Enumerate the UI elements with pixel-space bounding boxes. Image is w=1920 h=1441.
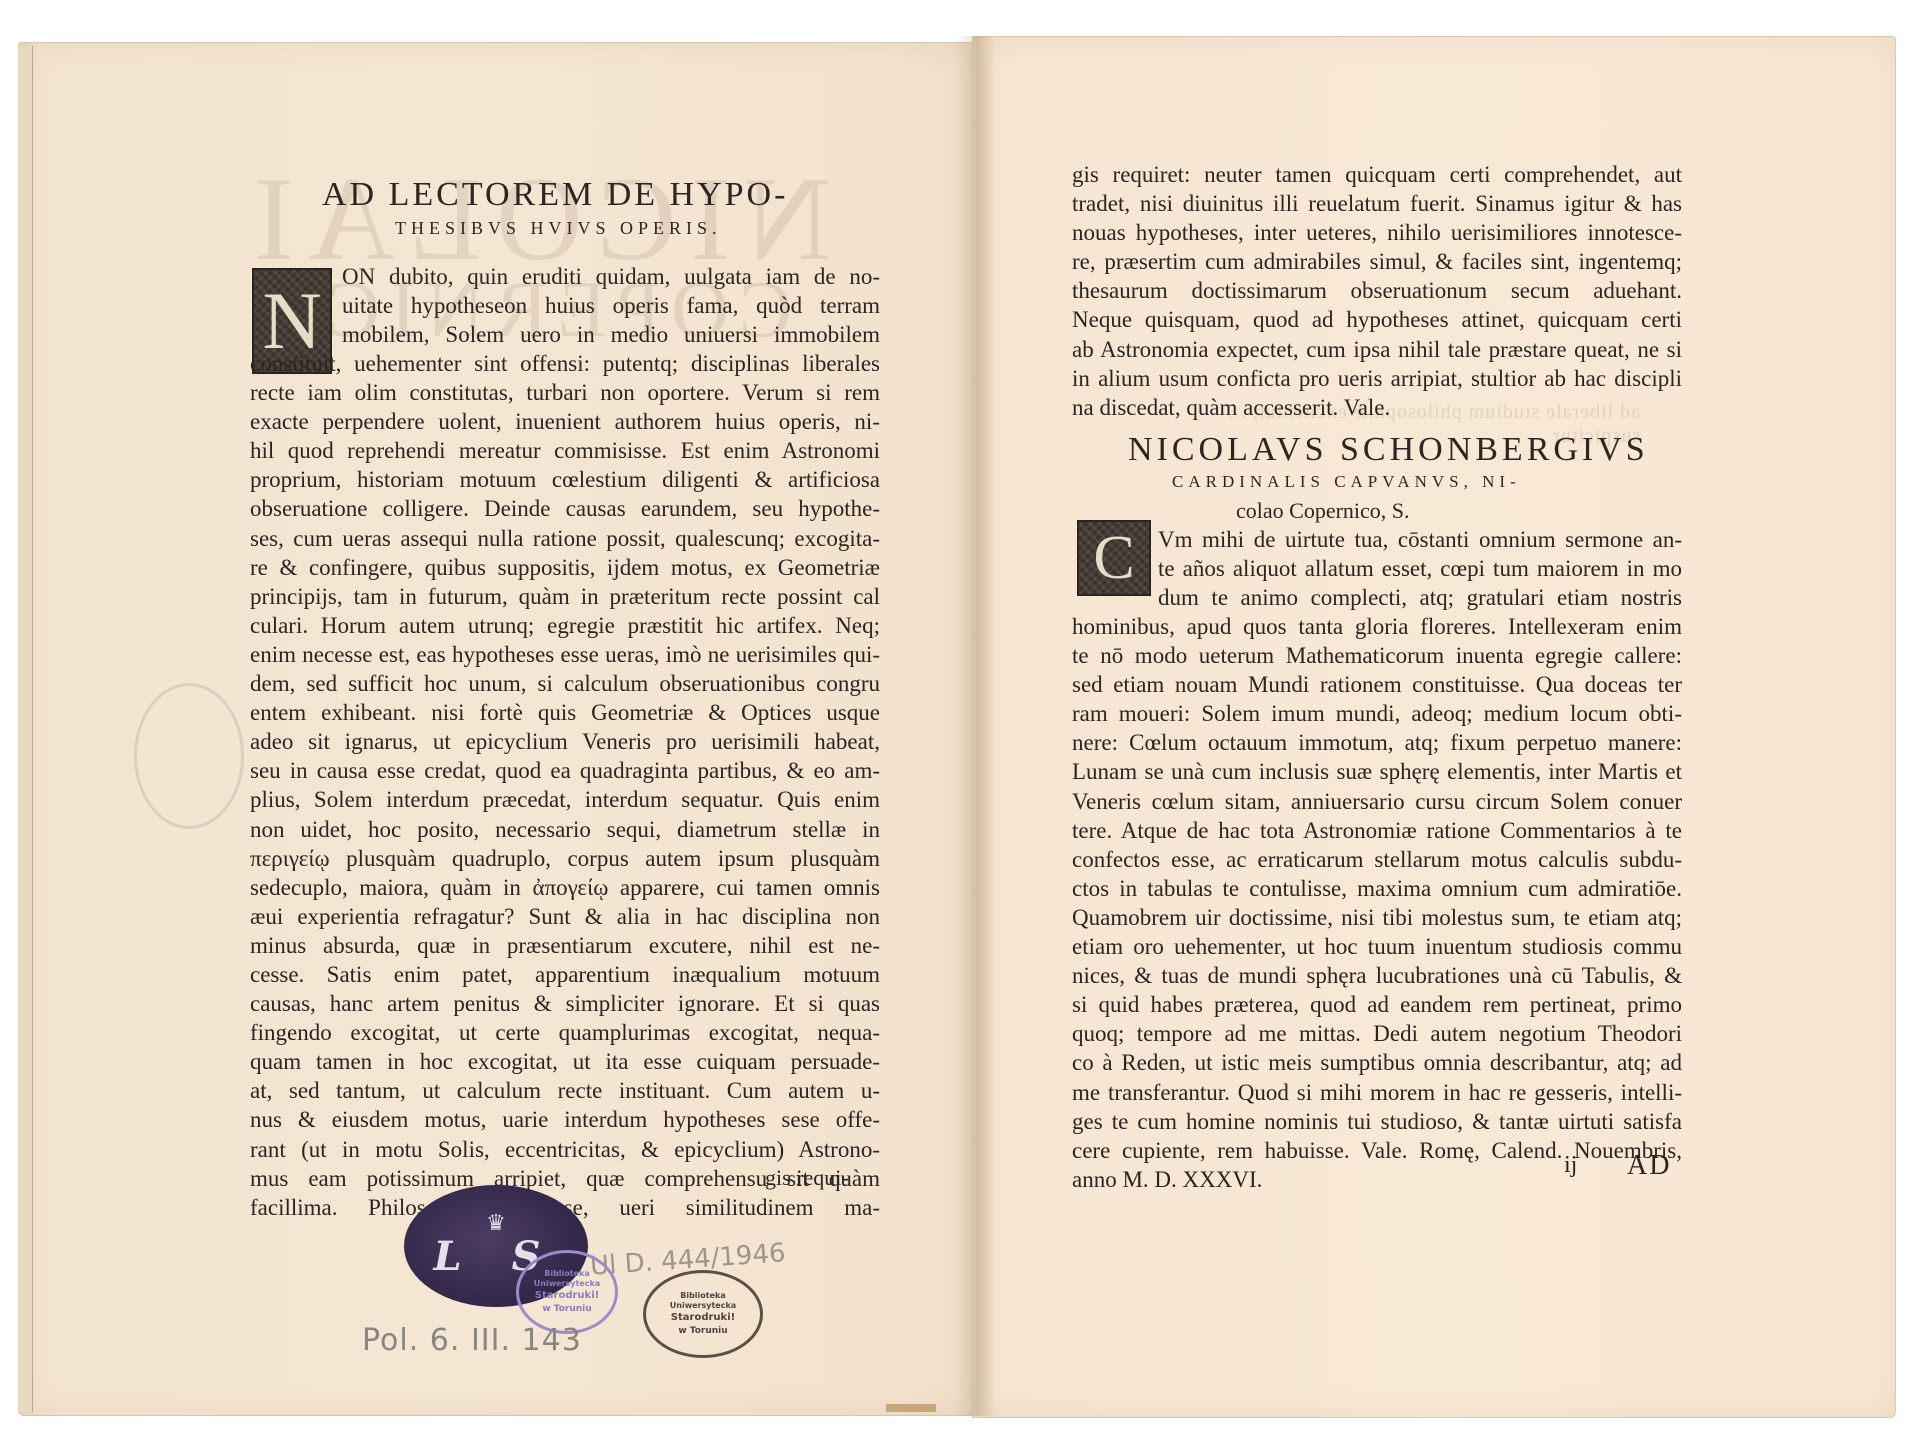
right-continuation-text: gis requiret: neuter tamen quicquam cert… [1072, 160, 1682, 422]
text-line: thesaurum doctissimarum obseruationum se… [1072, 276, 1682, 305]
text-line: Lunam se unà cum inclusis suæ sphęrę ele… [1072, 757, 1682, 786]
text-line: sedecuplo, maiora, quàm in ἀπογείῳ appar… [250, 873, 880, 902]
text-line: te años aliquot allatum esset, cœpi tum … [1158, 554, 1682, 583]
text-line: confectos esse, ac erraticarum stellarum… [1072, 845, 1682, 874]
right-heading-line2: CARDINALIS CAPVANVS, NI- [1172, 472, 1521, 492]
stamp-middle-text: Starodruki! [671, 1311, 735, 1325]
stamp-arc-text: Biblioteka Uniwersytecka [646, 1291, 760, 1311]
text-line: minus absurda, quæ in præsentiarum excut… [250, 931, 880, 960]
right-heading-line1: NICOLAVS SCHONBERGIVS [1128, 431, 1649, 469]
text-line: tradet, nisi diuinitus illi reuelatum fu… [1072, 189, 1682, 218]
text-line: mobilem, Solem uero in medio uniuersi im… [342, 320, 880, 349]
text-line: re & confingere, quibus suppositis, ijde… [250, 553, 880, 582]
text-line: sed etiam nouam Mundi rationem constitui… [1072, 670, 1682, 699]
text-line: Veneris cœlum sitam, anniuersario cursu … [1072, 787, 1682, 816]
text-line: exacte perpendere uolent, inuenient auth… [250, 407, 880, 436]
text-line: co à Reden, ut istic meis sumptibus omni… [1072, 1048, 1682, 1077]
text-line: plius, Solem interdum præcedat, interdum… [250, 785, 880, 814]
text-line: proprium, historiam motuum cœlestium dil… [250, 465, 880, 494]
text-line: at, sed tantum, ut calculum recte instit… [250, 1076, 880, 1105]
stamp-bottom-text: w Toruniu [678, 1325, 727, 1337]
text-line: quam tamen in hoc excogitat, ut ita esse… [250, 1047, 880, 1076]
left-heading-line1: AD LECTOREM DE HYPO- [322, 176, 788, 214]
binding-tab [886, 1404, 936, 1412]
signature-mark: ij [1564, 1152, 1577, 1179]
text-line: cere cupiente, rem habuisse. Vale. Romę,… [1072, 1136, 1682, 1165]
text-line: ctos in tabulas te contulisse, maxima om… [1072, 874, 1682, 903]
text-line: rant (ut in motu Solis, eccentricitas, &… [250, 1135, 880, 1164]
text-line: entem exhibeant. nisi fortè quis Geometr… [250, 698, 880, 727]
left-body-text: constituit, uehementer sint offensi: put… [250, 349, 880, 1222]
text-line: hominibus, apud quos tanta gloria florer… [1072, 612, 1682, 641]
text-line: seu in causa esse credat, quod ea quadra… [250, 756, 880, 785]
right-body-text: hominibus, apud quos tanta gloria florer… [1072, 612, 1682, 1194]
stamp-arc-text: Biblioteka Uniwersytecka [519, 1269, 615, 1289]
text-line: quoq; tempore ad me mittas. Dedi autem n… [1072, 1019, 1682, 1048]
left-page-edge [18, 46, 33, 1412]
text-line: Quamobrem uir doctissime, nisi tibi mole… [1072, 903, 1682, 932]
text-line: nus & eiusdem motus, uarie interdum hypo… [250, 1105, 880, 1134]
text-line: ses, cum ueras assequi nulla ratione pos… [250, 524, 880, 553]
catchword: AD [1627, 1150, 1671, 1182]
text-line: culari. Horum autem utrunq; egregie præs… [250, 611, 880, 640]
text-line: cesse. Satis enim patet, apparentium inæ… [250, 960, 880, 989]
faint-library-stamp-icon [134, 683, 244, 829]
text-line: nices, & tuas de mundi sphęra lucubratio… [1072, 961, 1682, 990]
text-line: tere. Atque de hac tota Astronomiæ ratio… [1072, 816, 1682, 845]
book-gutter [955, 36, 995, 1416]
text-line: anno M. D. XXXVI. [1072, 1165, 1682, 1194]
text-line: causas, hanc artem penitus & simpliciter… [250, 989, 880, 1018]
text-line: in alium usum conficta pro ueris arripia… [1072, 364, 1682, 393]
text-line: si quid habes præterea, quod ad eandem r… [1072, 990, 1682, 1019]
right-opening-lines: Vm mihi de uirtute tua, cōstanti omnium … [1158, 525, 1682, 612]
text-line: nere: Cœlum octauum immotum, atq; fixum … [1072, 728, 1682, 757]
crown-icon: ♛ [486, 1213, 506, 1235]
text-line: gis requiret: neuter tamen quicquam cert… [1072, 160, 1682, 189]
text-line: περιγείῳ plusquàm quadruplo, corpus aute… [250, 844, 880, 873]
left-heading-line2: THESIBVS HVIVS OPERIS. [395, 218, 722, 239]
left-opening-lines: ON dubito, quin eruditi quidam, uulgata … [342, 262, 880, 349]
text-line: obseruatione colligere. Deinde causas ea… [250, 494, 880, 523]
text-line: constituit, uehementer sint offensi: put… [250, 349, 880, 378]
text-line: recte iam olim constitutas, turbari non … [250, 378, 880, 407]
stamp-bottom-text: w Toruniu [542, 1303, 591, 1315]
text-line: re, præsertim cum admirabiles simul, & f… [1072, 247, 1682, 276]
text-line: adeo sit ignarus, ut epicyclium Veneris … [250, 727, 880, 756]
text-line: hil quod reprehendi mereatur commisisse.… [250, 436, 880, 465]
text-line: uitate hypotheseon huius operis fama, qu… [342, 291, 880, 320]
text-line: ges te cum homine nominis tui studioso, … [1072, 1107, 1682, 1136]
text-line: me transferantur. Quod si mihi morem in … [1072, 1078, 1682, 1107]
right-heading-line3: colao Copernico, S. [1236, 498, 1410, 524]
stamp-middle-text: Starodruki! [535, 1289, 599, 1303]
text-line: enim necesse est, eas hypotheses esse ue… [250, 640, 880, 669]
text-line: non uidet, hoc posito, necessario sequi,… [250, 815, 880, 844]
text-line: Vm mihi de uirtute tua, cōstanti omnium … [1158, 525, 1682, 554]
text-line: æui experientia refragatur? Sunt & alia … [250, 902, 880, 931]
text-line: na discedat, quàm accesserit. Vale. [1072, 393, 1682, 422]
text-line: te nō modo ueterum Mathematicorum inuent… [1072, 641, 1682, 670]
text-line: nouas hypotheses, inter ueteres, nihilo … [1072, 218, 1682, 247]
text-line: Neque quisquam, quod ad hypotheses attin… [1072, 305, 1682, 334]
text-line: etiam oro uehementer, ut hoc tuum inuent… [1072, 932, 1682, 961]
text-line: ON dubito, quin eruditi quidam, uulgata … [342, 262, 880, 291]
pencil-shelfmark: Pol. 6. III. 143 [362, 1323, 582, 1358]
text-line: fingendo excogitat, ut certe quamplurima… [250, 1018, 880, 1047]
catchword: gis requi- [765, 1165, 849, 1191]
text-line: ram moueri: Solem imum mundi, adeoq; med… [1072, 699, 1682, 728]
book-spread: NICOLAI COPERNICI ad liberale studium ph… [0, 0, 1920, 1441]
drop-cap-letter: C [1093, 523, 1134, 594]
library-stamp-black: Biblioteka Uniwersytecka Starodruki! w T… [643, 1270, 763, 1358]
text-line: dem, sed sufficit hoc unum, si calculum … [250, 669, 880, 698]
text-line: dum te animo complecti, atq; gratulari e… [1158, 583, 1682, 612]
decorated-initial-c-icon: C [1077, 520, 1151, 596]
text-line: principijs, tam in futurum, quàm in præt… [250, 582, 880, 611]
text-line: ab Astronomia expectet, cum ipsa nihil t… [1072, 335, 1682, 364]
library-stamp-purple: Biblioteka Uniwersytecka Starodruki! w T… [516, 1250, 618, 1334]
